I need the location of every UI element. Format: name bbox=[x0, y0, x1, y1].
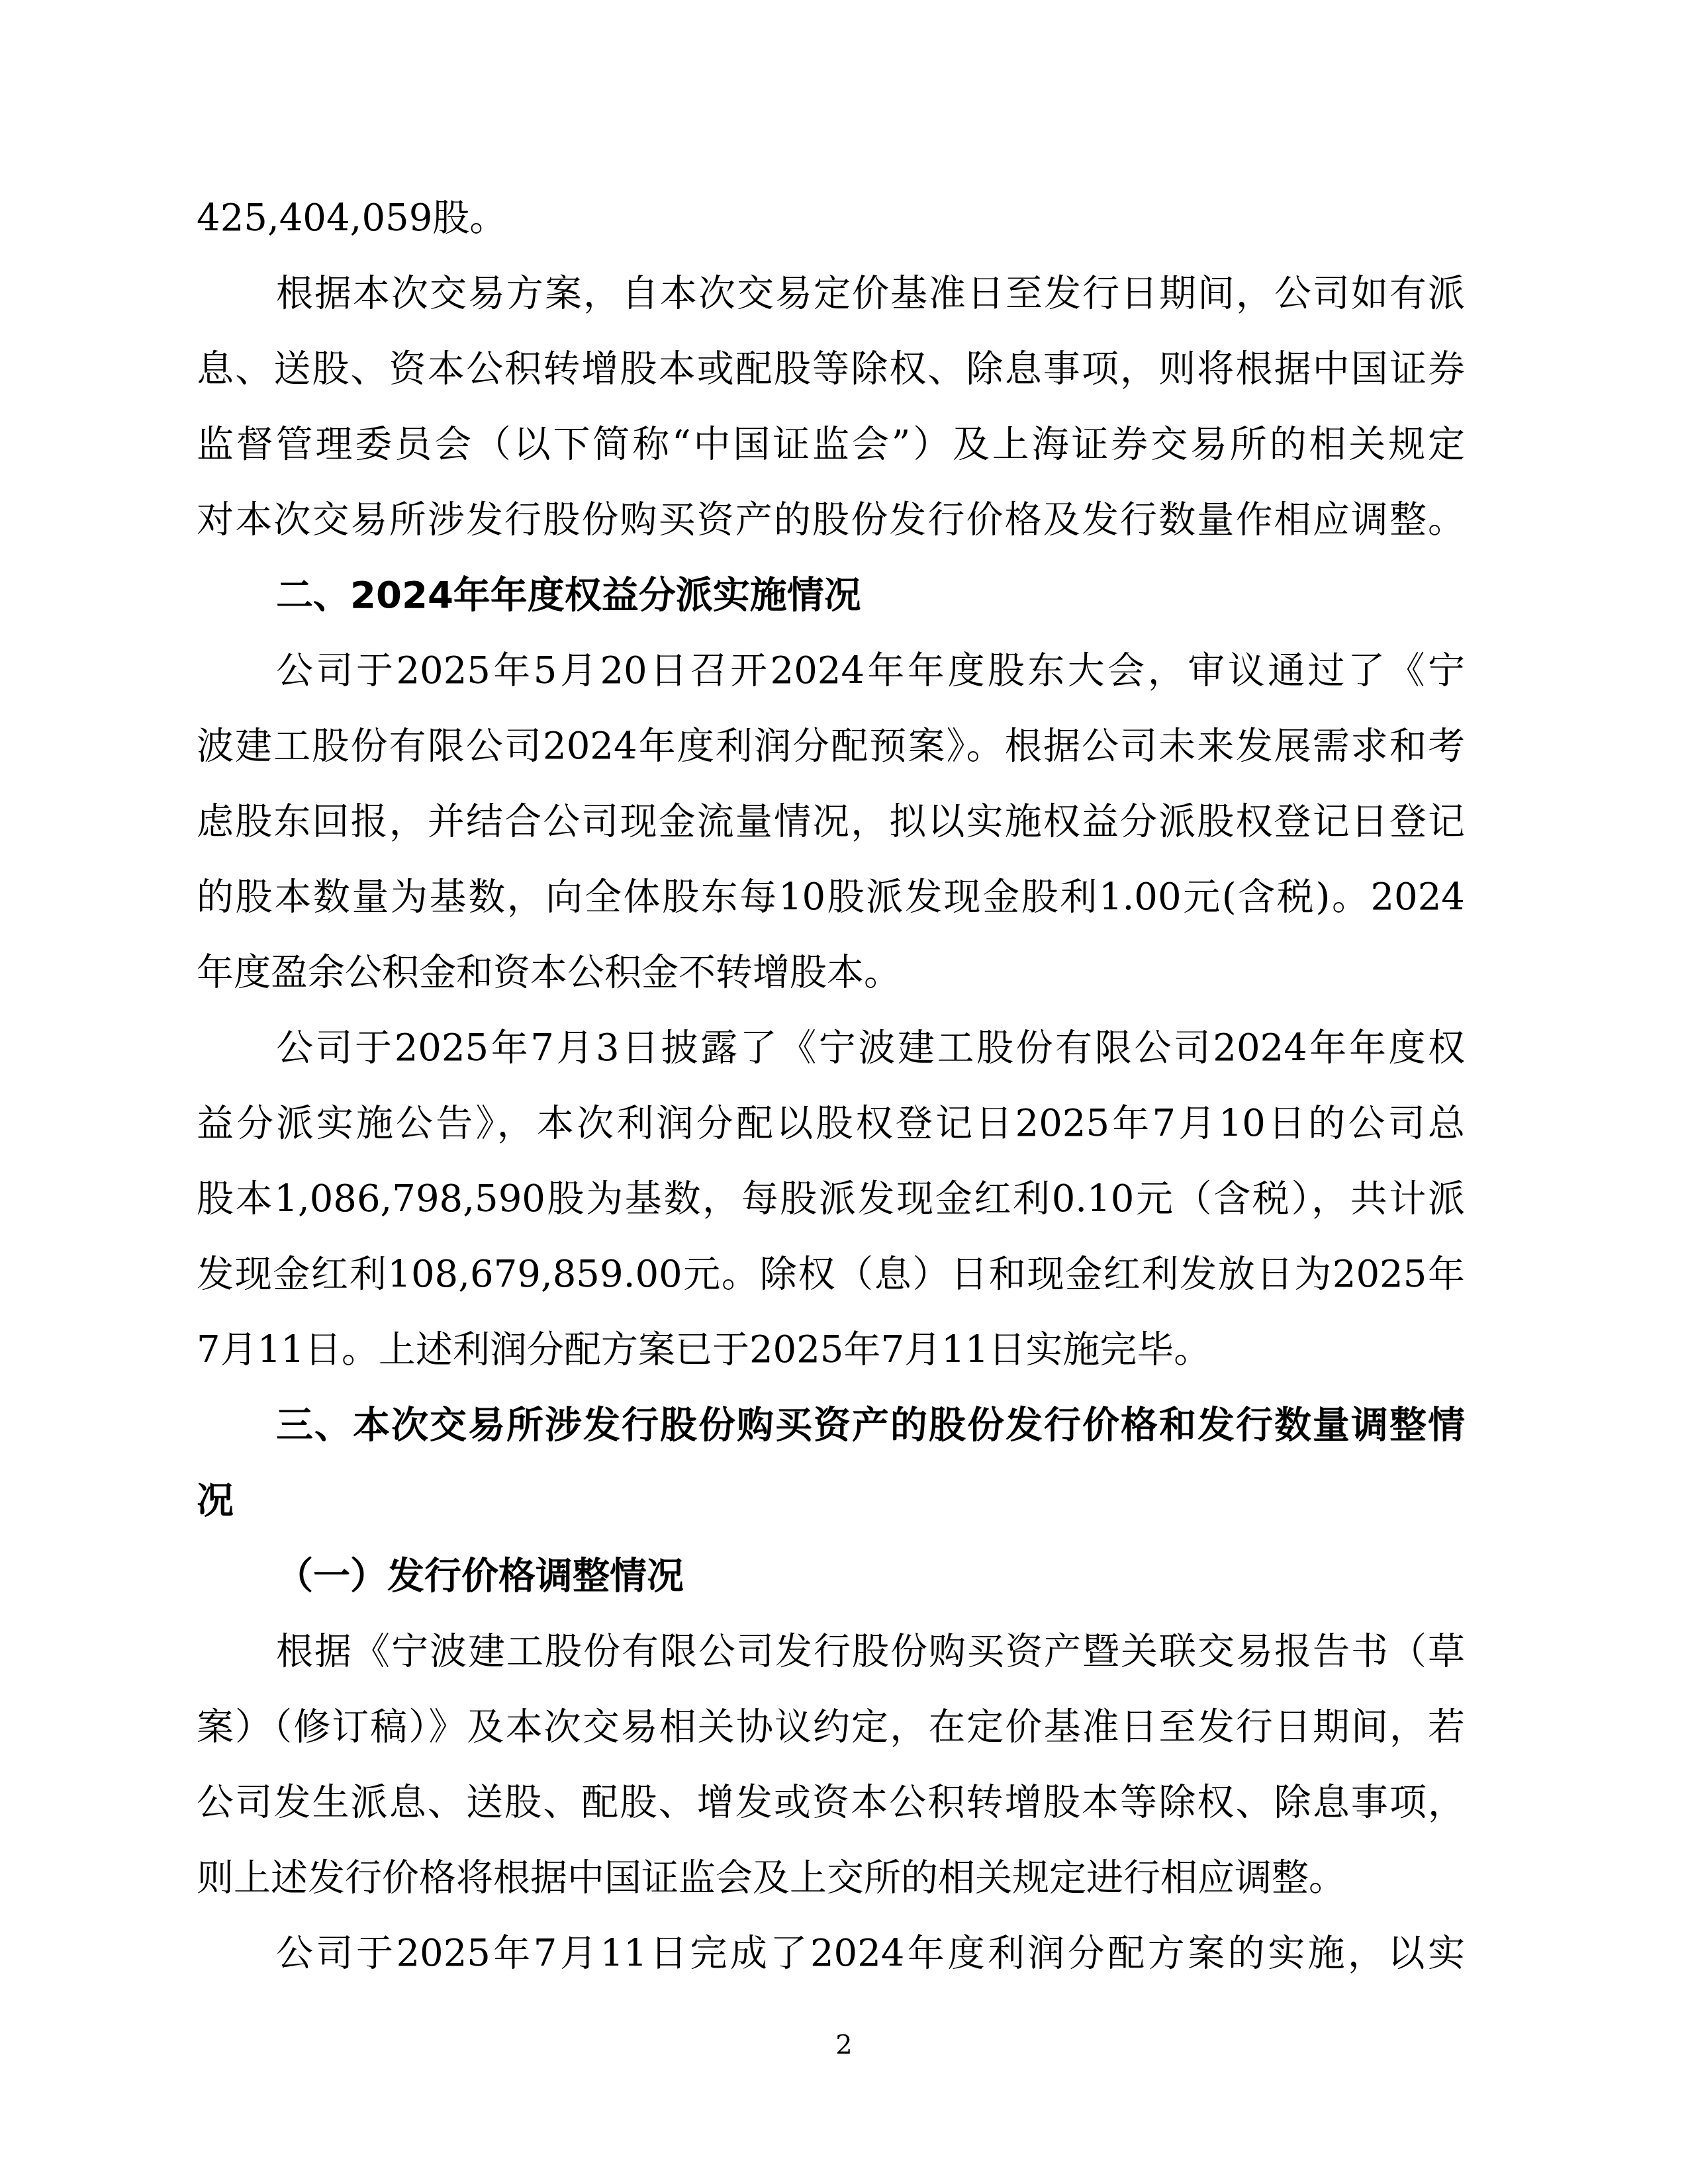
text-line: 425,404,059股。 bbox=[197, 181, 1465, 256]
text-line: 年度盈余公积金和资本公积金不转增股本。 bbox=[197, 935, 1465, 1011]
text-line: 7月11日。上述利润分配方案已于2025年7月11日实施完毕。 bbox=[197, 1312, 1465, 1388]
paragraph-line: 根据本次交易方案，自本次交易定价基准日至发行日期间，公司如有派 bbox=[197, 256, 1465, 332]
section-heading-2: 二、2024年年度权益分派实施情况 bbox=[197, 558, 1465, 633]
paragraph-line: 公司于2025年7月11日完成了2024年度利润分配方案的实施，以实 bbox=[197, 1916, 1465, 1991]
text-line: 息、送股、资本公积转增股本或配股等除权、除息事项，则将根据中国证券 bbox=[197, 332, 1465, 407]
page-number: 2 bbox=[0, 2025, 1688, 2065]
text-line: 则上述发行价格将根据中国证监会及上交所的相关规定进行相应调整。 bbox=[197, 1841, 1465, 1916]
paragraph-line: 公司于2025年7月3日披露了《宁波建工股份有限公司2024年年度权 bbox=[197, 1011, 1465, 1086]
section-heading-3: 三、本次交易所涉发行股份购买资产的股份发行价格和发行数量调整情 bbox=[197, 1388, 1465, 1463]
text-line: 虑股东回报，并结合公司现金流量情况，拟以实施权益分派股权登记日登记 bbox=[197, 784, 1465, 860]
paragraph-line: 根据《宁波建工股份有限公司发行股份购买资产暨关联交易报告书（草 bbox=[197, 1614, 1465, 1690]
text-line: 对本次交易所涉发行股份购买资产的股份发行价格及发行数量作相应调整。 bbox=[197, 482, 1465, 558]
text-line: 股本1,086,798,590股为基数，每股派发现金红利0.10元（含税），共计… bbox=[197, 1161, 1465, 1237]
paragraph-line: 公司于2025年5月20日召开2024年年度股东大会，审议通过了《宁 bbox=[197, 633, 1465, 709]
subsection-heading-1: （一）发行价格调整情况 bbox=[197, 1539, 1465, 1614]
text-line: 监督管理委员会（以下简称“中国证监会”）及上海证券交易所的相关规定 bbox=[197, 407, 1465, 482]
text-line: 案）（修订稿）》及本次交易相关协议约定，在定价基准日至发行日期间，若 bbox=[197, 1690, 1465, 1765]
text-line: 公司发生派息、送股、配股、增发或资本公积转增股本等除权、除息事项， bbox=[197, 1765, 1465, 1841]
text-line: 发现金红利108,679,859.00元。除权（息）日和现金红利发放日为2025… bbox=[197, 1237, 1465, 1312]
document-page: 425,404,059股。 根据本次交易方案，自本次交易定价基准日至发行日期间，… bbox=[0, 0, 1688, 2184]
text-line: 的股本数量为基数，向全体股东每10股派发现金股利1.00元(含税)。2024 bbox=[197, 860, 1465, 935]
section-heading-3-cont: 况 bbox=[197, 1463, 1465, 1539]
text-line: 波建工股份有限公司2024年度利润分配预案》。根据公司未来发展需求和考 bbox=[197, 709, 1465, 784]
text-line: 益分派实施公告》，本次利润分配以股权登记日2025年7月10日的公司总 bbox=[197, 1086, 1465, 1161]
